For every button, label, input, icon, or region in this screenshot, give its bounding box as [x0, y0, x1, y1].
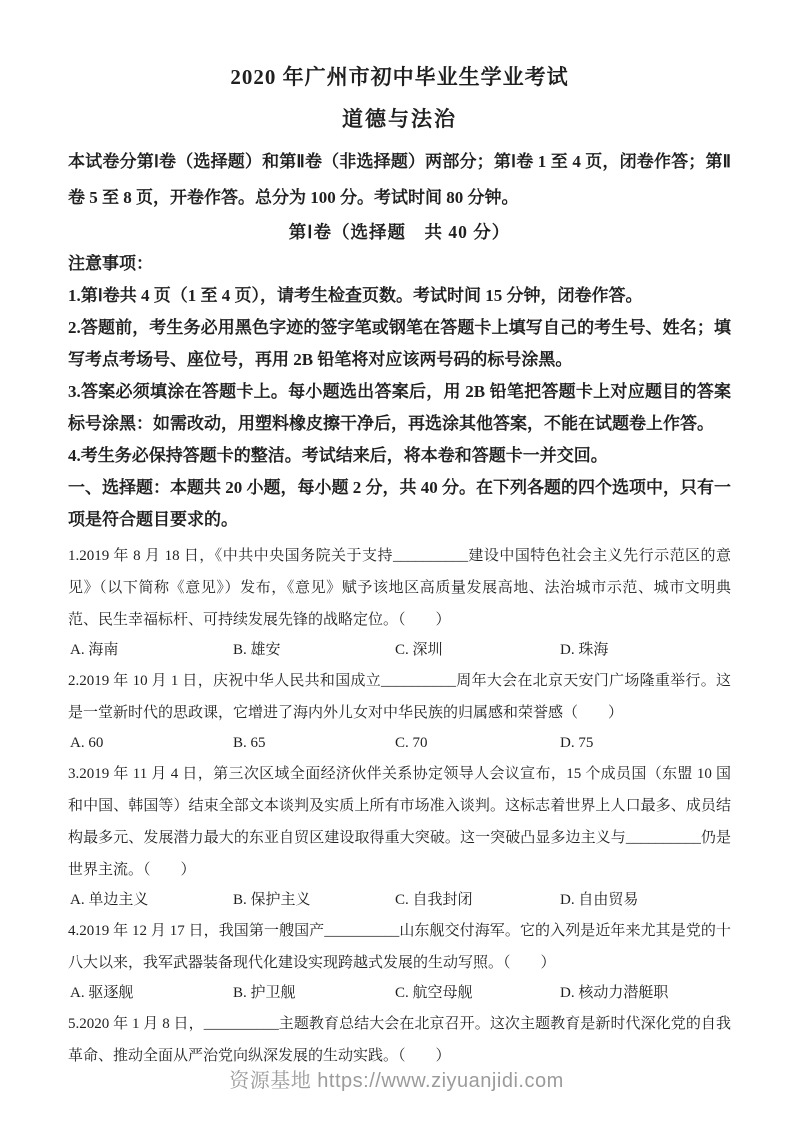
question-3-option-d: D. 自由贸易	[560, 886, 731, 915]
notice-item-3: 3.答案必须填涂在答题卡上。每小题选出答案后，用 2B 铅笔把答题卡上对应题目的…	[68, 376, 731, 440]
question-4-option-c: C. 航空母舰	[395, 979, 560, 1008]
question-2-option-d: D. 75	[560, 729, 731, 758]
page-title: 2020 年广州市初中毕业生学业考试	[68, 64, 731, 90]
question-1-option-d: D. 珠海	[560, 636, 731, 665]
question-2: 2.2019 年 10 月 1 日，庆祝中华人民共和国成立__________周…	[68, 665, 731, 758]
question-4: 4.2019 年 12 月 17 日，我国第一艘国产__________山东舰交…	[68, 915, 731, 1008]
question-1-option-b: B. 雄安	[233, 636, 395, 665]
question-3: 3.2019 年 11 月 4 日，第三次区域全面经济伙伴关系协定领导人会议宣布…	[68, 758, 731, 915]
question-2-option-c: C. 70	[395, 729, 560, 758]
question-4-option-b: B. 护卫舰	[233, 979, 395, 1008]
question-3-options: A. 单边主义 B. 保护主义 C. 自我封闭 D. 自由贸易	[68, 886, 731, 915]
question-4-stem: 4.2019 年 12 月 17 日，我国第一艘国产__________山东舰交…	[68, 915, 731, 979]
question-1: 1.2019 年 8 月 18 日，《中共中央国务院关于支持__________…	[68, 540, 731, 665]
question-3-option-b: B. 保护主义	[233, 886, 395, 915]
page-subtitle: 道德与法治	[68, 106, 731, 132]
question-3-option-c: C. 自我封闭	[395, 886, 560, 915]
watermark-footer: 资源基地 https://www.ziyuanjidi.com	[0, 1068, 793, 1094]
question-4-option-d: D. 核动力潜艇职	[560, 979, 731, 1008]
exam-intro: 本试卷分第Ⅰ卷（选择题）和第Ⅱ卷（非选择题）两部分；第Ⅰ卷 1 至 4 页，闭卷…	[68, 144, 731, 216]
question-4-options: A. 驱逐舰 B. 护卫舰 C. 航空母舰 D. 核动力潜艇职	[68, 979, 731, 1008]
question-5-stem: 5.2020 年 1 月 8 日，__________主题教育总结大会在北京召开…	[68, 1008, 731, 1072]
question-1-options: A. 海南 B. 雄安 C. 深圳 D. 珠海	[68, 636, 731, 665]
notice-heading: 注意事项：	[68, 248, 731, 280]
question-2-options: A. 60 B. 65 C. 70 D. 75	[68, 729, 731, 758]
question-2-option-b: B. 65	[233, 729, 395, 758]
question-1-stem: 1.2019 年 8 月 18 日，《中共中央国务院关于支持__________…	[68, 540, 731, 636]
notice-item-1: 1.第Ⅰ卷共 4 页（1 至 4 页），请考生检查页数。考试时间 15 分钟，闭…	[68, 280, 731, 312]
part1-heading: 第Ⅰ卷（选择题 共 40 分）	[68, 216, 731, 248]
question-2-option-a: A. 60	[70, 729, 233, 758]
exam-paper-page: 2020 年广州市初中毕业生学业考试 道德与法治 本试卷分第Ⅰ卷（选择题）和第Ⅱ…	[0, 0, 793, 1122]
question-3-option-a: A. 单边主义	[70, 886, 233, 915]
question-1-option-a: A. 海南	[70, 636, 233, 665]
section-intro: 一、选择题：本题共 20 小题，每小题 2 分，共 40 分。在下列各题的四个选…	[68, 472, 731, 536]
notice-item-2: 2.答题前，考生务必用黑色字迹的签字笔或钢笔在答题卡上填写自己的考生号、姓名；填…	[68, 312, 731, 376]
question-1-option-c: C. 深圳	[395, 636, 560, 665]
question-5: 5.2020 年 1 月 8 日，__________主题教育总结大会在北京召开…	[68, 1008, 731, 1072]
question-4-option-a: A. 驱逐舰	[70, 979, 233, 1008]
question-3-stem: 3.2019 年 11 月 4 日，第三次区域全面经济伙伴关系协定领导人会议宣布…	[68, 758, 731, 886]
notice-item-4: 4.考生务必保持答题卡的整洁。考试结来后，将本卷和答题卡一并交回。	[68, 440, 731, 472]
question-2-stem: 2.2019 年 10 月 1 日，庆祝中华人民共和国成立__________周…	[68, 665, 731, 729]
